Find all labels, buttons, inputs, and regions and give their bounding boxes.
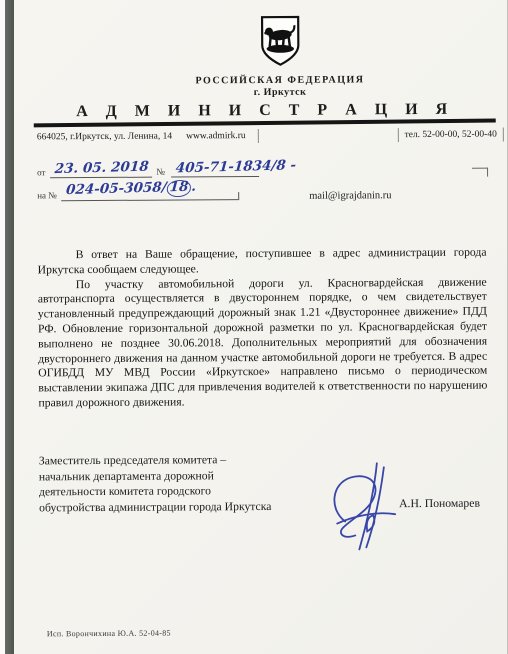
outgoing-ref-row: от 23. 05. 2018 № 405-71-1834/8 - (37, 157, 272, 178)
outgoing-number-field: 405-71-1834/8 - (171, 157, 259, 178)
number-label: № (156, 167, 165, 178)
signer-title: Заместитель председателя комитета – нача… (39, 452, 339, 516)
from-label: от (37, 167, 45, 178)
signer-title-line: начальник департамента дорожной (39, 467, 339, 484)
signer-title-line: обустройства администрации города Иркутс… (39, 498, 339, 515)
letterhead-website: www.admirk.ru (186, 131, 246, 141)
info-divider (398, 128, 399, 142)
letterhead-info-row: 664025, г.Иркутск, ул. Ленина, 14 www.ad… (37, 128, 504, 145)
letter-body: В ответ на Ваше обращение, поступившее в… (38, 246, 488, 412)
body-paragraph-1: В ответ на Ваше обращение, поступившее в… (38, 246, 487, 278)
incoming-number-field: 024-05-3058/18. (61, 180, 239, 201)
handwritten-outgoing-number: 405-71-1834/8 - (171, 159, 298, 177)
reply-label: на № (37, 190, 57, 201)
handwritten-incoming-number: 024-05-3058/18. (61, 179, 199, 200)
letterhead-city: г. Иркутск (55, 85, 506, 99)
handwritten-date: 23. 05. 2018 (50, 160, 151, 177)
outgoing-date-field: 23. 05. 2018 (50, 158, 152, 179)
info-divider (503, 128, 504, 142)
body-paragraph-2: По участку автомобильной дороги ул. Крас… (38, 275, 488, 411)
letterhead-address: 664025, г.Иркутск, ул. Ленина, 14 (37, 132, 172, 143)
signer-name: А.Н. Пономарев (399, 497, 480, 510)
letterhead-phone-cell: тел. 52-00-00, 52-00-40 (398, 128, 504, 143)
incoming-ref-row: на № 024-05-3058/18. (37, 180, 272, 201)
executor-note: Исп. Ворончихина Ю.А. 52-04-85 (47, 629, 171, 639)
signature-autograph (321, 457, 408, 554)
addressee-email: mail@igrajdanin.ru (309, 190, 391, 202)
reference-block: от 23. 05. 2018 № 405-71-1834/8 - на № 0… (37, 157, 272, 201)
addressee-corner-mark (472, 168, 488, 177)
letter-content: РОССИЙСКАЯ ФЕДЕРАЦИЯ г. Иркутск А Д М И … (12, 0, 508, 654)
letterhead: РОССИЙСКАЯ ФЕДЕРАЦИЯ г. Иркутск (12, 14, 505, 100)
scanned-letter: РОССИЙСКАЯ ФЕДЕРАЦИЯ г. Иркутск А Д М И … (0, 0, 508, 654)
letter-page: РОССИЙСКАЯ ФЕДЕРАЦИЯ г. Иркутск А Д М И … (14, 0, 508, 654)
signer-title-line: деятельности комитета городского (39, 483, 339, 500)
signer-title-line: Заместитель председателя комитета – (39, 452, 339, 469)
circled-digits: 18 (166, 179, 192, 196)
info-divider (258, 129, 259, 143)
letterhead-phone: тел. 52-00-00, 52-00-40 (405, 130, 497, 141)
irkutsk-coat-of-arms-icon (258, 15, 302, 67)
